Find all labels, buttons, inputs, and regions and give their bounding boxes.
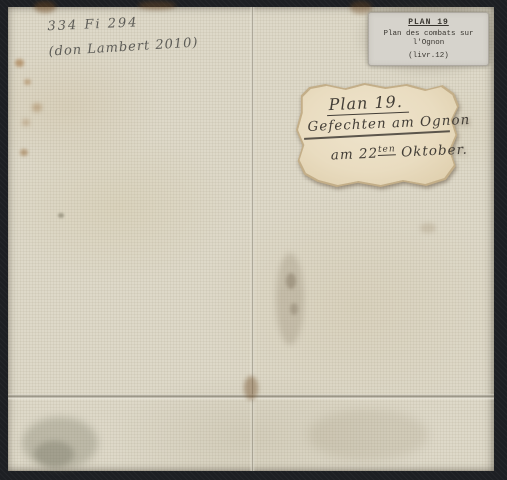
stain: [286, 273, 296, 289]
stain: [420, 223, 436, 233]
canvas-sheet: 334 Fi 294 (don Lambert 2010): [8, 7, 494, 471]
stain: [20, 149, 28, 156]
stain: [22, 417, 98, 469]
horizontal-fold-line: [8, 394, 494, 400]
archive-annotation: 334 Fi 294 (don Lambert 2010): [47, 12, 199, 61]
printed-label-line2: l'Ognon: [368, 39, 489, 48]
printed-label-body: Plan des combats sur l'Ognon: [368, 30, 489, 48]
stain: [22, 119, 30, 126]
archive-provenance: (don Lambert 2010): [48, 34, 199, 62]
archive-cote: 334 Fi 294: [47, 12, 198, 37]
stain: [24, 79, 31, 85]
stain: [15, 59, 24, 67]
stain: [308, 409, 428, 461]
date-month: Oktober.: [396, 142, 469, 161]
stain: [32, 103, 42, 112]
printed-label-livraison: (livr.12): [368, 52, 489, 60]
handwritten-title: Plan 19.: [326, 92, 409, 117]
printed-label-line1: Plan des combats sur: [368, 30, 489, 39]
vertical-seam-line: [250, 7, 255, 471]
stain: [276, 253, 304, 345]
handwritten-text: Plan 19. Gefechten am Ognon am 22ten Okt…: [294, 79, 461, 190]
stain: [34, 441, 74, 467]
stain: [34, 1, 56, 13]
printed-label-title: PLAN 19: [368, 18, 489, 27]
date-ordinal: ten: [378, 144, 396, 156]
scanned-document: 334 Fi 294 (don Lambert 2010) PLAN 19 Pl…: [0, 0, 507, 480]
stain: [290, 303, 298, 315]
stain: [58, 213, 64, 218]
handwritten-paper-label: Plan 19. Gefechten am Ognon am 22ten Okt…: [296, 83, 459, 187]
printed-catalogue-label: PLAN 19 Plan des combats sur l'Ognon (li…: [368, 12, 489, 66]
handwritten-date: am 22ten Oktober.: [330, 141, 468, 163]
stain: [138, 1, 176, 10]
date-prefix: am 22: [331, 145, 379, 163]
